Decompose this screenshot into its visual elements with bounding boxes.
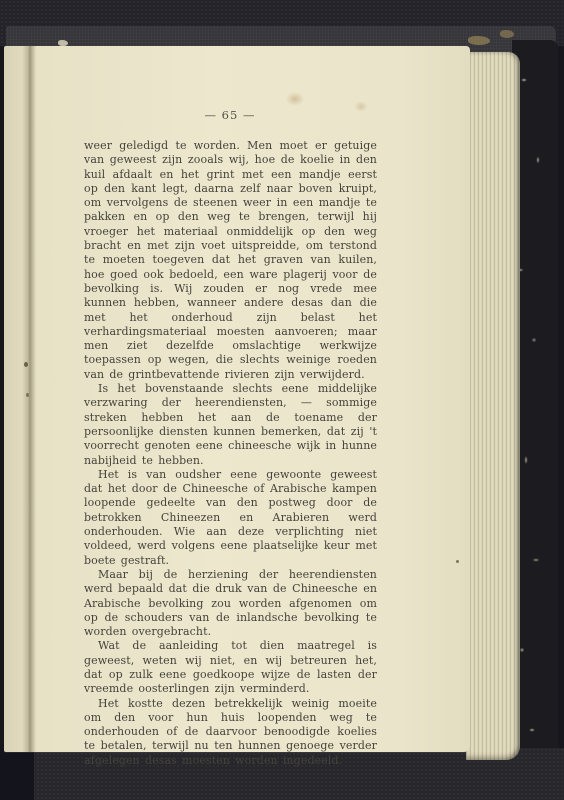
text-block: weer geledigd te worden. Men moet er get…: [84, 139, 377, 768]
ink-speck: [26, 393, 29, 397]
torn-paper-scrap: [468, 36, 490, 45]
page-number: — 65 —: [84, 108, 376, 122]
paragraph: Het kostte dezen betrekkelijk weinig moe…: [84, 697, 377, 768]
paragraph: Is het bovenstaande slechts eene middeli…: [84, 382, 377, 468]
backdrop-bottom-left: [0, 744, 34, 800]
ink-speck: [24, 362, 28, 367]
book-page: — 65 — weer geledigd te worden. Men moet…: [4, 46, 470, 752]
foxing-stain: [286, 92, 304, 106]
paragraph: Het is van oudsher eene gewoonte geweest…: [84, 468, 377, 568]
page-gutter-crease: [22, 46, 36, 752]
page-stack-fore-edge: [466, 52, 520, 760]
ink-speck: [456, 560, 459, 563]
torn-paper-scrap: [500, 30, 514, 38]
paragraph: weer geledigd te worden. Men moet er get…: [84, 139, 377, 382]
paragraph: Maar bij de herziening der heerendienste…: [84, 568, 377, 639]
paragraph: Wat de aanleiding tot dien maatregel is …: [84, 639, 377, 696]
book-scan-photo: — 65 — weer geledigd te worden. Men moet…: [0, 0, 564, 800]
